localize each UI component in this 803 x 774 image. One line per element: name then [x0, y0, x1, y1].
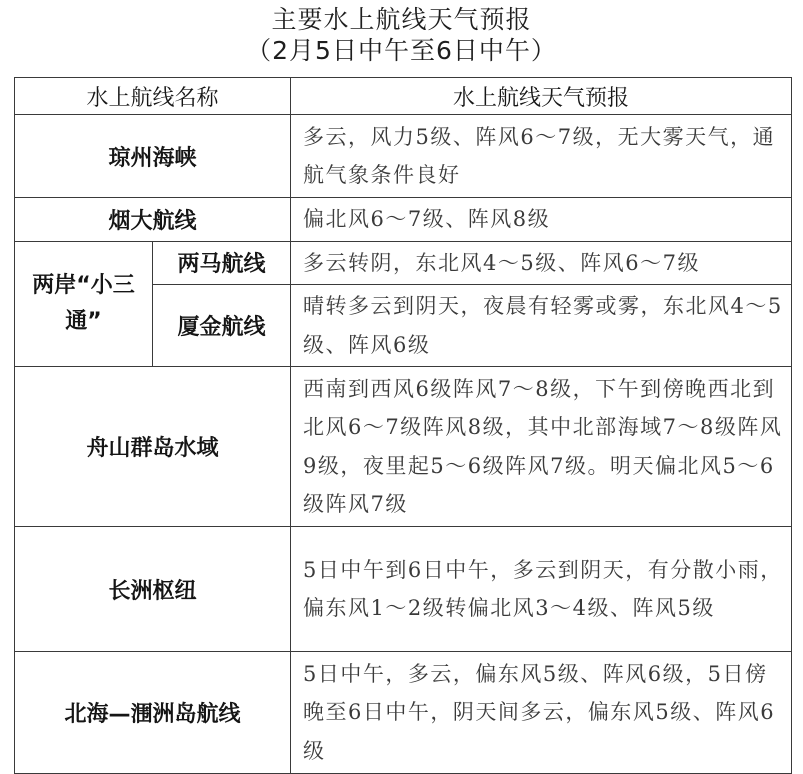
table-row: 烟大航线 偏北风6～7级、阵风8级: [15, 198, 792, 242]
forecast-cell: 西南到西风6级阵风7～8级，下午到傍晚西北到北风6～7级阵风8级，其中北部海域7…: [291, 367, 792, 527]
forecast-cell: 5日中午，多云，偏东风5级、阵风6级，5日傍晚至6日中午，阴天间多云，偏东风5级…: [291, 652, 792, 774]
table-row: 舟山群岛水域 西南到西风6级阵风7～8级，下午到傍晚西北到北风6～7级阵风8级，…: [15, 367, 792, 527]
route-name-cell: 琼州海峡: [15, 115, 291, 198]
header-forecast: 水上航线天气预报: [291, 78, 792, 115]
route-group-cell: 两岸“小三通”: [15, 241, 153, 367]
table-row: 长洲枢纽 5日中午到6日中午，多云到阴天，有分散小雨，偏东风1～2级转偏北风3～…: [15, 527, 792, 652]
document-title: 主要水上航线天气预报: [0, 4, 803, 35]
forecast-cell: 晴转多云到阴天，夜晨有轻雾或雾，东北风4～5级、阵风6级: [291, 285, 792, 367]
forecast-cell: 多云转阴，东北风4～5级、阵风6～7级: [291, 241, 792, 285]
forecast-cell: 多云，风力5级、阵风6～7级，无大雾天气，通航气象条件良好: [291, 115, 792, 198]
route-name-cell: 长洲枢纽: [15, 527, 291, 652]
table-row: 北海—涠洲岛航线 5日中午，多云，偏东风5级、阵风6级，5日傍晚至6日中午，阴天…: [15, 652, 792, 774]
forecast-table: 水上航线名称 水上航线天气预报 琼州海峡 多云，风力5级、阵风6～7级，无大雾天…: [14, 77, 792, 774]
header-route-name: 水上航线名称: [15, 78, 291, 115]
table-row: 两岸“小三通” 两马航线 多云转阴，东北风4～5级、阵风6～7级: [15, 241, 792, 285]
route-name-cell: 北海—涠洲岛航线: [15, 652, 291, 774]
document-subtitle: （2月5日中午至6日中午）: [0, 35, 803, 66]
table-header-row: 水上航线名称 水上航线天气预报: [15, 78, 792, 115]
document-header: 主要水上航线天气预报 （2月5日中午至6日中午）: [0, 4, 803, 66]
route-name-cell: 舟山群岛水域: [15, 367, 291, 527]
forecast-cell: 偏北风6～7级、阵风8级: [291, 198, 792, 242]
route-name-cell: 厦金航线: [153, 285, 291, 367]
table-row: 琼州海峡 多云，风力5级、阵风6～7级，无大雾天气，通航气象条件良好: [15, 115, 792, 198]
route-name-cell: 两马航线: [153, 241, 291, 285]
forecast-cell: 5日中午到6日中午，多云到阴天，有分散小雨，偏东风1～2级转偏北风3～4级、阵风…: [291, 527, 792, 652]
route-name-cell: 烟大航线: [15, 198, 291, 242]
